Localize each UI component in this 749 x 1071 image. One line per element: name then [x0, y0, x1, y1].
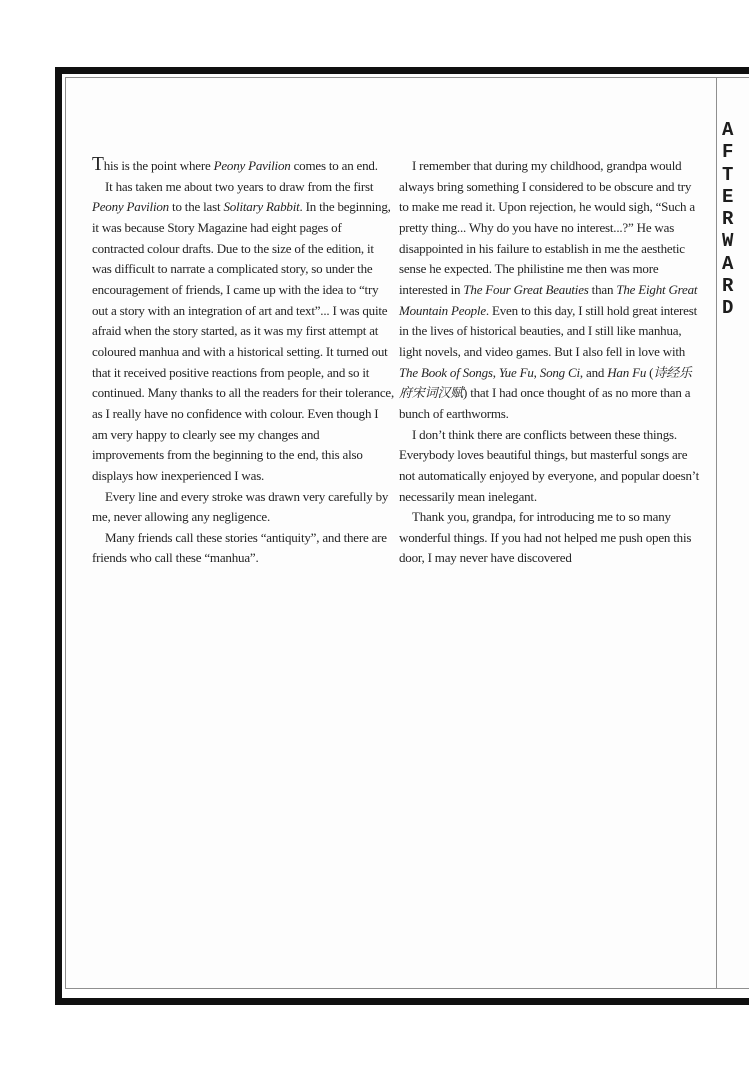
text-segment: It has taken me about two years to draw …	[105, 179, 373, 194]
italic-title-text: The Book of Songs	[399, 365, 493, 380]
text-segment: than	[589, 282, 617, 297]
text-segment: , and	[580, 365, 607, 380]
italic-title-text: Yue Fu	[499, 365, 534, 380]
text-segment: I remember that during my childhood, gra…	[399, 158, 695, 297]
text-segment: his is the point where	[104, 158, 214, 173]
italic-title-text: Peony Pavilion	[92, 199, 169, 214]
italic-title-text: Han Fu	[607, 365, 646, 380]
paragraph: This is the point where Peony Pavilion c…	[92, 156, 394, 177]
paragraph: I don’t think there are conflicts betwee…	[399, 425, 701, 508]
dropcap-letter: T	[92, 154, 104, 175]
italic-title-text: Song Ci	[540, 365, 580, 380]
italic-title-text: Peony Pavilion	[214, 158, 291, 173]
text-segment: I don’t think there are conflicts betwee…	[399, 427, 699, 504]
paragraph: It has taken me about two years to draw …	[92, 177, 394, 487]
left-text-column: This is the point where Peony Pavilion c…	[92, 156, 394, 569]
text-segment: comes to an end.	[291, 158, 378, 173]
text-segment: Thank you, grandpa, for introducing me t…	[399, 509, 691, 565]
text-segment: to the last	[169, 199, 223, 214]
paragraph: Every line and every stroke was drawn ve…	[92, 487, 394, 528]
paragraph: Thank you, grandpa, for introducing me t…	[399, 507, 701, 569]
afterword-page: This is the point where Peony Pavilion c…	[0, 0, 749, 1071]
italic-title-text: Solitary Rabbit	[223, 199, 299, 214]
paragraph: Many friends call these stories “antiqui…	[92, 528, 394, 569]
text-segment: Many friends call these stories “antiqui…	[92, 530, 387, 566]
afterward-vertical-label: AFTERWARD	[722, 119, 733, 320]
margin-divider-rule	[716, 78, 717, 988]
text-segment: Every line and every stroke was drawn ve…	[92, 489, 388, 525]
paragraph: I remember that during my childhood, gra…	[399, 156, 701, 425]
italic-title-text: The Four Great Beauties	[463, 282, 588, 297]
text-segment: . In the beginning, it was because Story…	[92, 199, 394, 483]
right-text-column: I remember that during my childhood, gra…	[399, 156, 701, 569]
